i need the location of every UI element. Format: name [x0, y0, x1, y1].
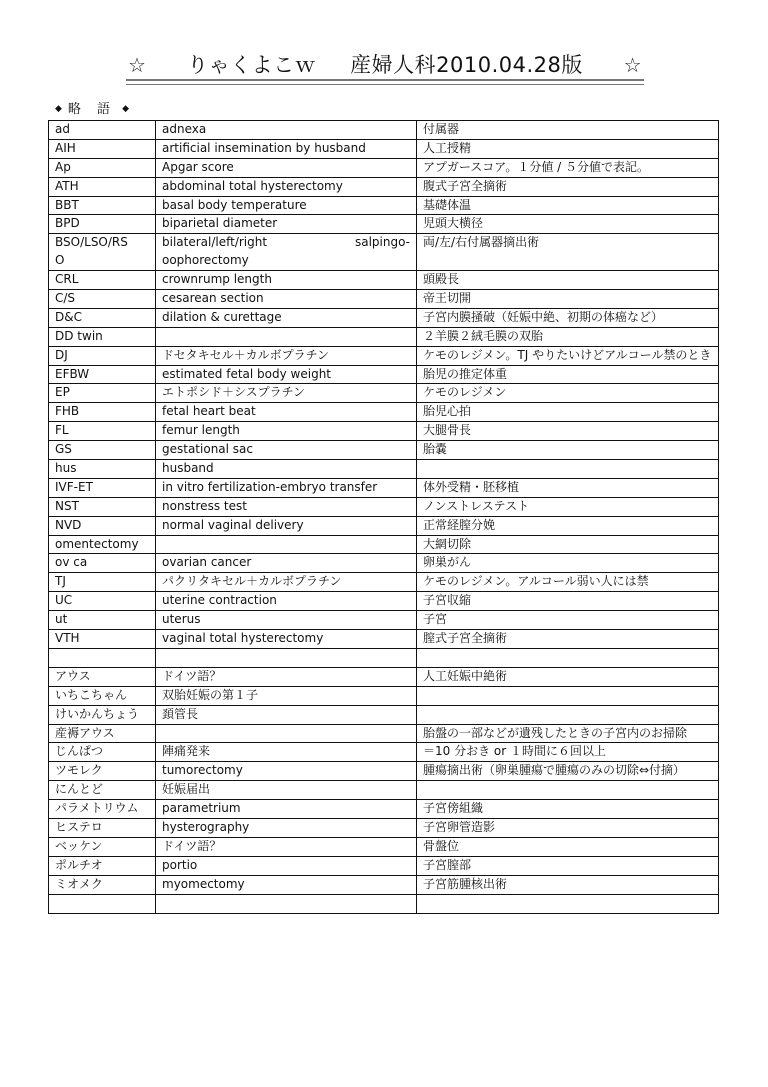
japanese-meaning-cell: 卵巣がん [417, 554, 719, 573]
japanese-meaning-cell: 両/左/右付属器摘出術 [417, 234, 719, 271]
table-row: DD twin２羊膜２絨毛膜の双胎 [49, 327, 719, 346]
table-row: ApApgar scoreアプガースコア。１分値 / ５分値で表記。 [49, 158, 719, 177]
japanese-meaning-cell: 帝王切開 [417, 290, 719, 309]
abbreviation-cell: TJ [49, 573, 156, 592]
abbreviation-cell: 産褥アウス [49, 724, 156, 743]
abbreviation-cell: ベッケン [49, 837, 156, 856]
table-row: CRLcrownrump length頭殿長 [49, 271, 719, 290]
japanese-meaning-cell: ２羊膜２絨毛膜の双胎 [417, 327, 719, 346]
japanese-meaning-cell [417, 894, 719, 913]
table-row: ATHabdominal total hysterectomy腹式子宮全摘術 [49, 177, 719, 196]
english-term-cell [156, 535, 417, 554]
table-row: C/Scesarean section帝王切開 [49, 290, 719, 309]
abbreviation-cell: GS [49, 441, 156, 460]
japanese-meaning-cell: 大網切除 [417, 535, 719, 554]
section-heading: ◆略 語◆ [55, 98, 135, 117]
abbreviation-cell: ATH [49, 177, 156, 196]
abbreviation-cell: ov ca [49, 554, 156, 573]
abbreviation-cell: アウス [49, 667, 156, 686]
english-term-cell: エトポシド＋シスプラチン [156, 384, 417, 403]
abbreviation-cell: ミオメク [49, 875, 156, 894]
abbreviation-cell: DD twin [49, 327, 156, 346]
japanese-meaning-cell: 腫瘍摘出術（卵巣腫瘍で腫瘍のみの切除⇔付摘） [417, 762, 719, 781]
english-term-cell: 双胎妊娠の第１子 [156, 686, 417, 705]
japanese-meaning-cell [417, 705, 719, 724]
table-row: BBTbasal body temperature基礎体温 [49, 196, 719, 215]
abbreviation-table-body: adadnexa付属器AIHartificial insemination by… [49, 121, 719, 914]
abbreviation-cell: CRL [49, 271, 156, 290]
japanese-meaning-cell: 大腿骨長 [417, 422, 719, 441]
japanese-meaning-cell: 体外受精・胚移植 [417, 478, 719, 497]
abbreviation-cell: IVF-ET [49, 478, 156, 497]
table-row: hushusband [49, 460, 719, 479]
english-term-cell: vaginal total hysterectomy [156, 630, 417, 649]
abbreviation-cell: BSO/LSO/RSO [49, 234, 156, 271]
japanese-meaning-cell: ケモのレジメン。TJ やりたいけどアルコール禁のとき [417, 346, 719, 365]
table-row: TJパクリタキセル＋カルボプラチンケモのレジメン。アルコール弱い人には禁 [49, 573, 719, 592]
english-term-cell: tumorectomy [156, 762, 417, 781]
english-term-cell [156, 327, 417, 346]
abbreviation-cell: BBT [49, 196, 156, 215]
table-row: アウスドイツ語？人工妊娠中絶術 [49, 667, 719, 686]
abbreviation-cell: DJ [49, 346, 156, 365]
english-term-cell: dilation & curettage [156, 308, 417, 327]
table-row [49, 648, 719, 667]
english-term-cell: in vitro fertilization-embryo transfer [156, 478, 417, 497]
japanese-meaning-cell: 腹式子宮全摘術 [417, 177, 719, 196]
english-term-cell: uterine contraction [156, 592, 417, 611]
abbreviation-cell: EP [49, 384, 156, 403]
table-row: VTHvaginal total hysterectomy膣式子宮全摘術 [49, 630, 719, 649]
table-row: FLfemur length大腿骨長 [49, 422, 719, 441]
english-term-cell: husband [156, 460, 417, 479]
abbreviation-cell: ut [49, 611, 156, 630]
japanese-meaning-cell: 骨盤位 [417, 837, 719, 856]
table-row: FHBfetal heart beat胎児心拍 [49, 403, 719, 422]
japanese-meaning-cell: 児頭大横径 [417, 215, 719, 234]
abbreviation-cell: いちこちゃん [49, 686, 156, 705]
japanese-meaning-cell: 子宮膣部 [417, 856, 719, 875]
table-row: BPDbiparietal diameter児頭大横径 [49, 215, 719, 234]
japanese-meaning-cell: 子宮 [417, 611, 719, 630]
diamond-left-icon: ◆ [55, 104, 62, 114]
english-term-cell: hysterography [156, 818, 417, 837]
table-row: ヒステロhysterography子宮卵管造影 [49, 818, 719, 837]
section-heading-label: 略 語 [68, 102, 116, 117]
english-term-cell: parametrium [156, 800, 417, 819]
english-term-cell: crownrump length [156, 271, 417, 290]
japanese-meaning-cell: 胎児心拍 [417, 403, 719, 422]
abbreviation-cell: D&C [49, 308, 156, 327]
abbreviation-cell: ad [49, 121, 156, 140]
table-row: 産褥アウス胎盤の一部などが遺残したときの子宮内のお掃除 [49, 724, 719, 743]
table-row [49, 894, 719, 913]
abbreviation-cell [49, 894, 156, 913]
english-term-cell: ドイツ語？ [156, 667, 417, 686]
english-term-cell [156, 894, 417, 913]
table-row: IVF-ETin vitro fertilization-embryo tran… [49, 478, 719, 497]
table-row: NVDnormal vaginal delivery正常経膣分娩 [49, 516, 719, 535]
document-title: ☆ りゃくよこｗ 産婦人科2010.04.28版 ☆ [126, 52, 644, 85]
english-term-cell: estimated fetal body weight [156, 365, 417, 384]
table-row: UCuterine contraction子宮収縮 [49, 592, 719, 611]
table-row: NSTnonstress testノンストレステスト [49, 497, 719, 516]
english-term-cell: 妊娠届出 [156, 781, 417, 800]
diamond-right-icon: ◆ [122, 104, 129, 114]
abbreviation-cell: NVD [49, 516, 156, 535]
abbreviation-cell: パラメトリウム [49, 800, 156, 819]
term-line: oophorectomy [162, 252, 410, 270]
abbreviation-cell: NST [49, 497, 156, 516]
table-row: にんとど妊娠届出 [49, 781, 719, 800]
abbreviation-cell: にんとど [49, 781, 156, 800]
table-row: omentectomy大網切除 [49, 535, 719, 554]
japanese-meaning-cell: アプガースコア。１分値 / ５分値で表記。 [417, 158, 719, 177]
table-row: ベッケンドイツ語？骨盤位 [49, 837, 719, 856]
table-row: EFBWestimated fetal body weight胎児の推定体重 [49, 365, 719, 384]
abbreviation-cell: VTH [49, 630, 156, 649]
english-term-cell: artificial insemination by husband [156, 139, 417, 158]
japanese-meaning-cell: 基礎体温 [417, 196, 719, 215]
table-row: GSgestational sac胎嚢 [49, 441, 719, 460]
japanese-meaning-cell [417, 781, 719, 800]
abbreviation-cell: FHB [49, 403, 156, 422]
japanese-meaning-cell: ケモのレジメン [417, 384, 719, 403]
star-left-icon: ☆ [128, 52, 146, 78]
english-term-cell [156, 724, 417, 743]
english-term-cell: basal body temperature [156, 196, 417, 215]
abbreviation-line: BSO/LSO/RS [55, 234, 149, 252]
table-row: ポルチオportio子宮膣部 [49, 856, 719, 875]
english-term-cell: ovarian cancer [156, 554, 417, 573]
term-fragment: salpingo- [355, 234, 410, 252]
title-nickname: りゃくよこｗ [187, 52, 316, 78]
japanese-meaning-cell: ノンストレステスト [417, 497, 719, 516]
abbreviation-cell: UC [49, 592, 156, 611]
japanese-meaning-cell: 頭殿長 [417, 271, 719, 290]
abbreviation-table: adadnexa付属器AIHartificial insemination by… [48, 120, 719, 914]
japanese-meaning-cell: 子宮傍組織 [417, 800, 719, 819]
star-right-icon: ☆ [624, 52, 642, 78]
abbreviation-cell: EFBW [49, 365, 156, 384]
english-term-cell: gestational sac [156, 441, 417, 460]
english-term-cell: biparietal diameter [156, 215, 417, 234]
table-row: ツモレクtumorectomy腫瘍摘出術（卵巣腫瘍で腫瘍のみの切除⇔付摘） [49, 762, 719, 781]
english-term-cell: abdominal total hysterectomy [156, 177, 417, 196]
abbreviation-cell: けいかんちょう [49, 705, 156, 724]
abbreviation-cell: ヒステロ [49, 818, 156, 837]
abbreviation-cell: FL [49, 422, 156, 441]
abbreviation-cell [49, 648, 156, 667]
table-row: じんぱつ陣痛発来＝10 分おき or １時間に６回以上 [49, 743, 719, 762]
japanese-meaning-cell [417, 686, 719, 705]
term-line: bilateral/left/rightsalpingo- [162, 234, 410, 252]
abbreviation-line: O [55, 252, 149, 270]
japanese-meaning-cell: 膣式子宮全摘術 [417, 630, 719, 649]
table-row: DJドセタキセル＋カルボプラチンケモのレジメン。TJ やりたいけどアルコール禁の… [49, 346, 719, 365]
japanese-meaning-cell [417, 460, 719, 479]
table-row: いちこちゃん双胎妊娠の第１子 [49, 686, 719, 705]
english-term-cell: myomectomy [156, 875, 417, 894]
japanese-meaning-cell: 胎嚢 [417, 441, 719, 460]
abbreviation-cell: ツモレク [49, 762, 156, 781]
table-row: BSO/LSO/RSObilateral/left/rightsalpingo-… [49, 234, 719, 271]
japanese-meaning-cell: 人工授精 [417, 139, 719, 158]
abbreviation-cell: omentectomy [49, 535, 156, 554]
japanese-meaning-cell: 子宮収縮 [417, 592, 719, 611]
abbreviation-cell: BPD [49, 215, 156, 234]
english-term-cell: パクリタキセル＋カルボプラチン [156, 573, 417, 592]
abbreviation-cell: じんぱつ [49, 743, 156, 762]
table-row: adadnexa付属器 [49, 121, 719, 140]
table-row: けいかんちょう頚管長 [49, 705, 719, 724]
japanese-meaning-cell: 子宮内膜掻破（妊娠中絶、初期の体癌など） [417, 308, 719, 327]
abbreviation-cell: ポルチオ [49, 856, 156, 875]
english-term-cell: ドイツ語？ [156, 837, 417, 856]
english-term-cell [156, 648, 417, 667]
japanese-meaning-cell [417, 648, 719, 667]
table-row: D&Cdilation & curettage子宮内膜掻破（妊娠中絶、初期の体癌… [49, 308, 719, 327]
table-row: ov caovarian cancer卵巣がん [49, 554, 719, 573]
abbreviation-cell: hus [49, 460, 156, 479]
japanese-meaning-cell: 付属器 [417, 121, 719, 140]
japanese-meaning-cell: 人工妊娠中絶術 [417, 667, 719, 686]
japanese-meaning-cell: 子宮卵管造影 [417, 818, 719, 837]
japanese-meaning-cell: 胎盤の一部などが遺残したときの子宮内のお掃除 [417, 724, 719, 743]
table-row: ututerus子宮 [49, 611, 719, 630]
english-term-cell: ドセタキセル＋カルボプラチン [156, 346, 417, 365]
japanese-meaning-cell: 子宮筋腫核出術 [417, 875, 719, 894]
japanese-meaning-cell: ケモのレジメン。アルコール弱い人には禁 [417, 573, 719, 592]
abbreviation-cell: C/S [49, 290, 156, 309]
english-term-cell: Apgar score [156, 158, 417, 177]
title-double-underline [126, 79, 644, 85]
japanese-meaning-cell: 正常経膣分娩 [417, 516, 719, 535]
abbreviation-cell: Ap [49, 158, 156, 177]
english-term-cell: femur length [156, 422, 417, 441]
abbreviation-cell: AIH [49, 139, 156, 158]
english-term-cell: bilateral/left/rightsalpingo-oophorectom… [156, 234, 417, 271]
english-term-cell: nonstress test [156, 497, 417, 516]
english-term-cell: uterus [156, 611, 417, 630]
table-row: ミオメクmyomectomy子宮筋腫核出術 [49, 875, 719, 894]
english-term-cell: cesarean section [156, 290, 417, 309]
title-version: 産婦人科2010.04.28版 [350, 52, 583, 78]
table-row: AIHartificial insemination by husband人工授… [49, 139, 719, 158]
english-term-cell: 陣痛発来 [156, 743, 417, 762]
table-row: EPエトポシド＋シスプラチンケモのレジメン [49, 384, 719, 403]
japanese-meaning-cell: ＝10 分おき or １時間に６回以上 [417, 743, 719, 762]
english-term-cell: 頚管長 [156, 705, 417, 724]
english-term-cell: adnexa [156, 121, 417, 140]
term-fragment: bilateral/left/right [162, 234, 267, 252]
japanese-meaning-cell: 胎児の推定体重 [417, 365, 719, 384]
english-term-cell: normal vaginal delivery [156, 516, 417, 535]
english-term-cell: fetal heart beat [156, 403, 417, 422]
english-term-cell: portio [156, 856, 417, 875]
table-row: パラメトリウムparametrium子宮傍組織 [49, 800, 719, 819]
